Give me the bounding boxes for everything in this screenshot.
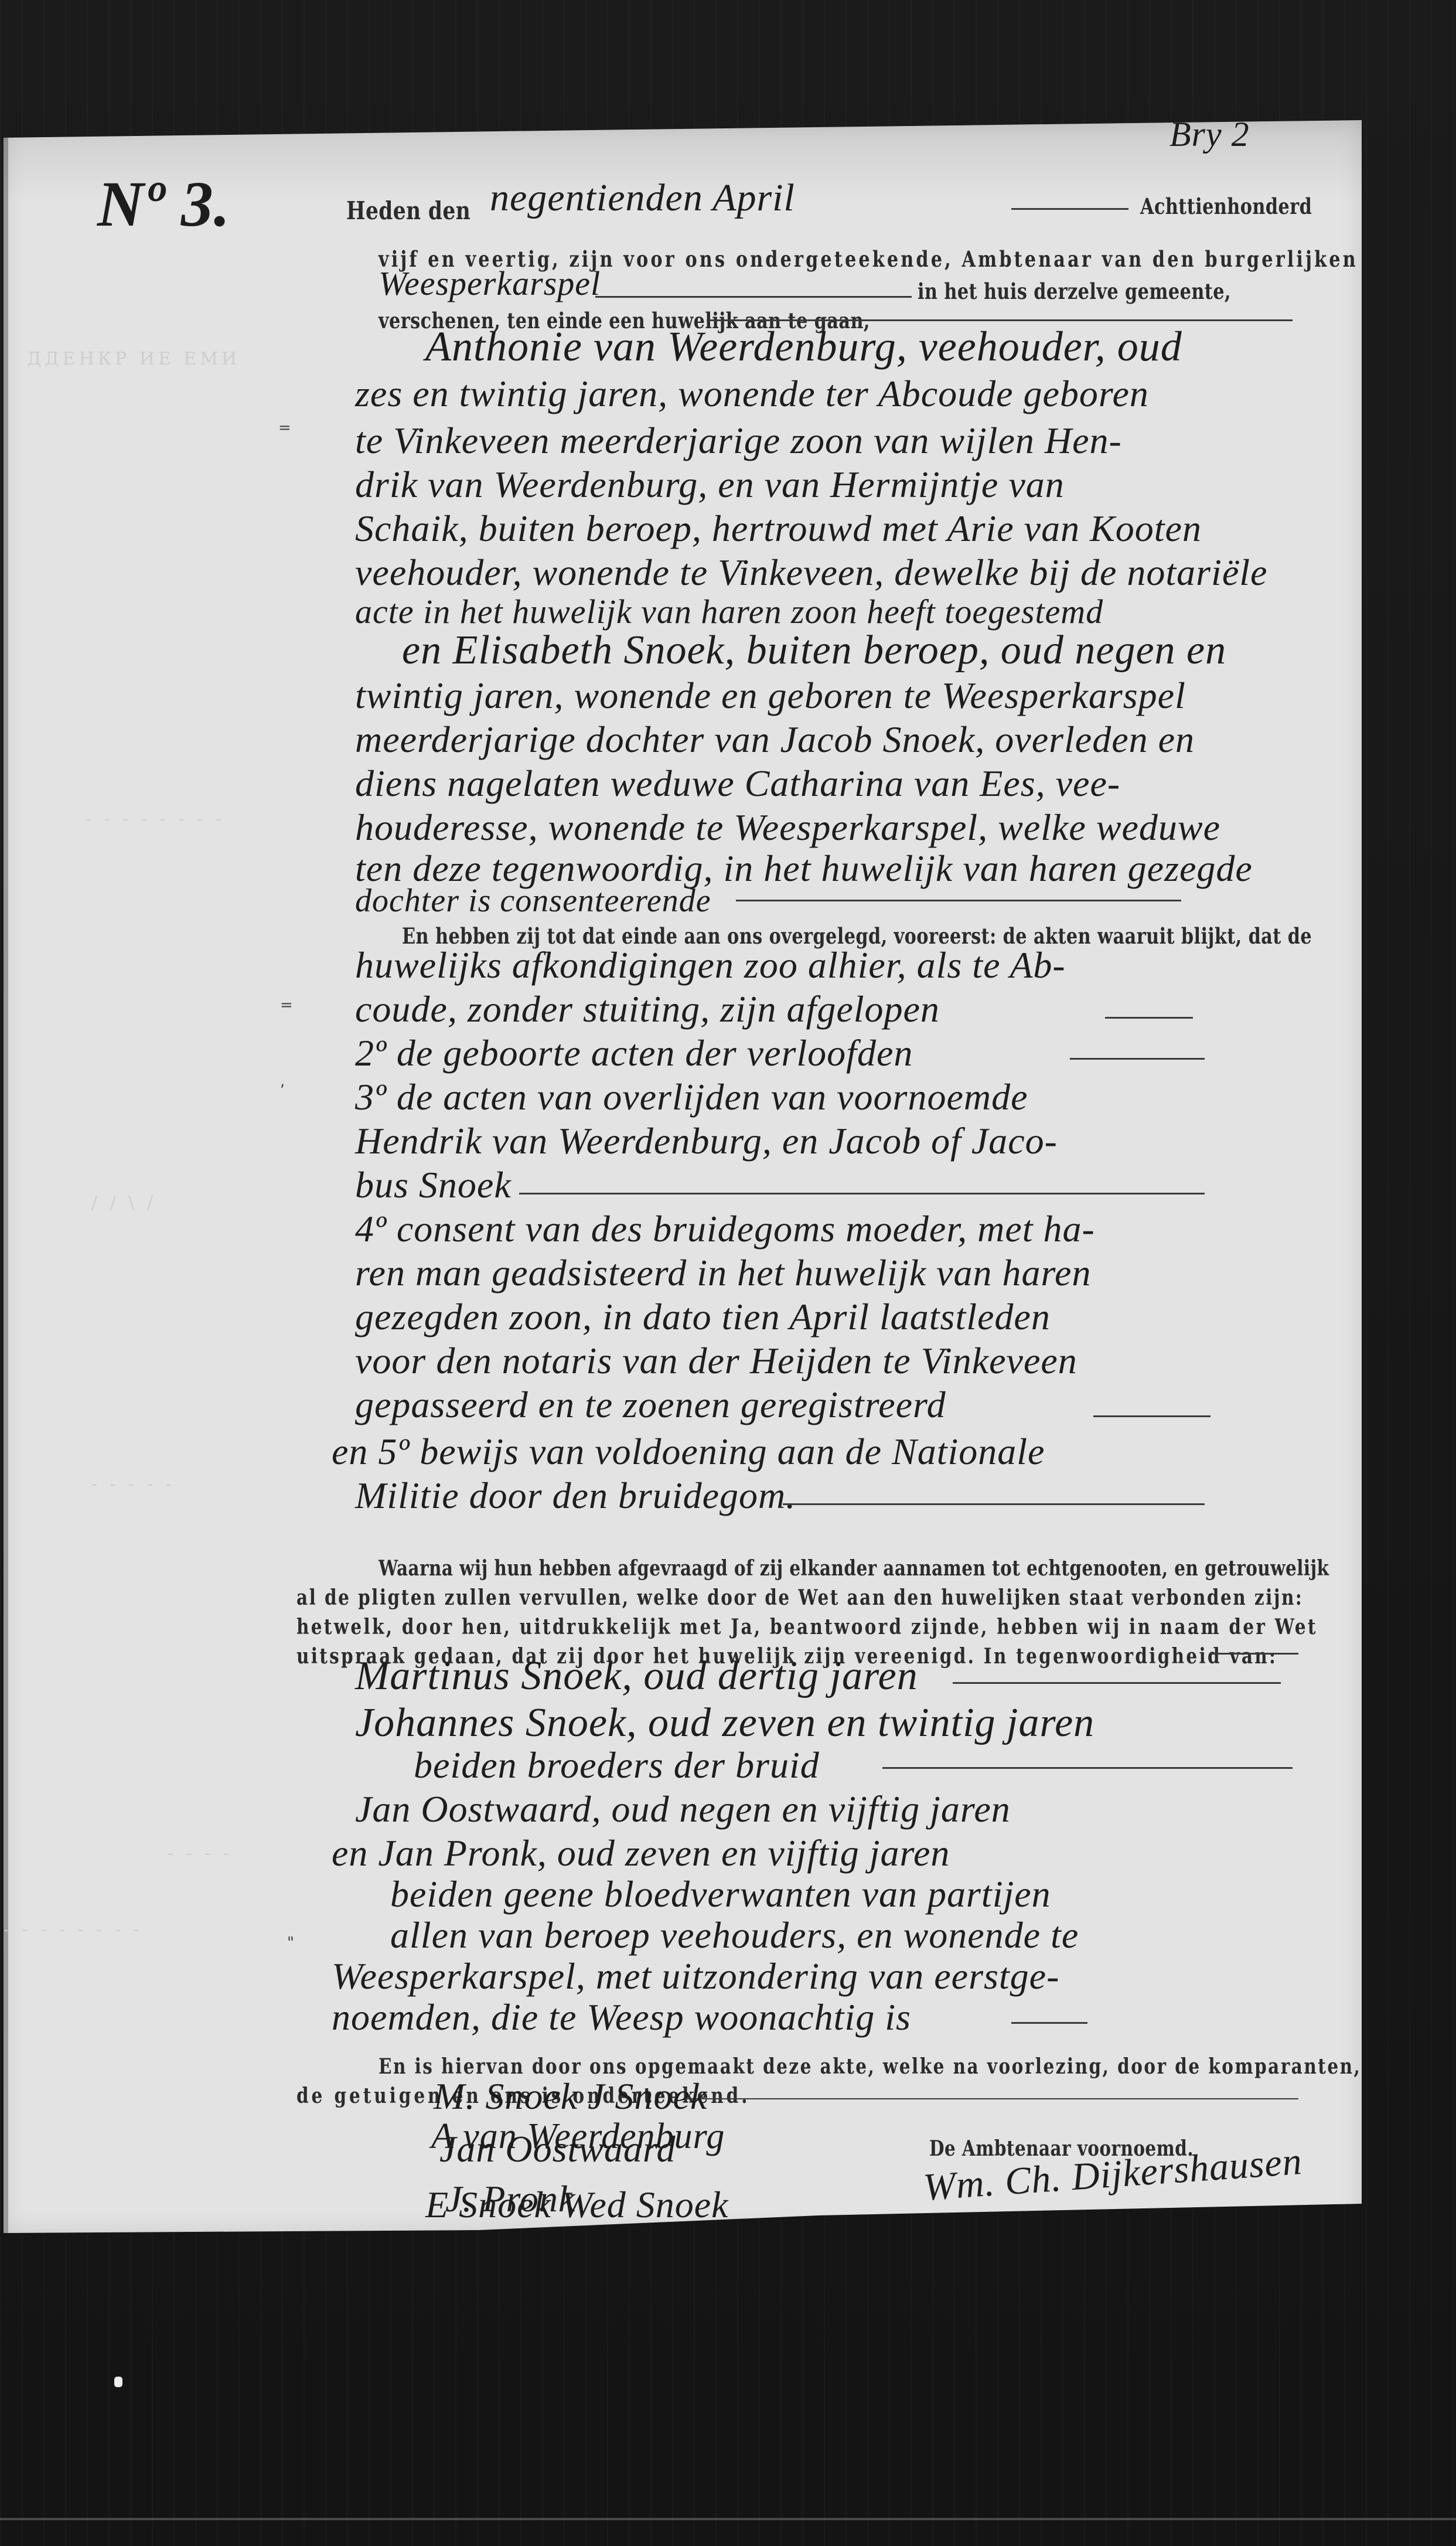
document-line: gepasseerd en te zoenen geregistreerd <box>355 1383 946 1427</box>
witness-line: allen van beroep veehouders, en wonende … <box>390 1914 1079 1957</box>
heden-den-label: Heden den <box>346 196 470 225</box>
party-line: houderesse, wonende te Weesperkarspel, w… <box>355 806 1220 849</box>
year-prefix: Achttienhonderd <box>1140 193 1312 219</box>
fill-rule <box>953 1682 1281 1684</box>
party-line: twintig jaren, wonende en geboren te Wee… <box>355 674 1186 717</box>
document-line: en 5º bewijs van voldoening aan de Natio… <box>332 1430 1045 1473</box>
fill-rule <box>882 1767 1293 1769</box>
document-line: voor den notaris van der Heijden te Vink… <box>355 1339 1077 1383</box>
dust-speck <box>114 2377 122 2387</box>
signature: Jan Oostwaard <box>439 2128 676 2171</box>
document-line: Hendrik van Weerdenburg, en Jacob of Jac… <box>355 1119 1058 1163</box>
margin-mark: = <box>278 419 291 437</box>
document-line: huwelijks afkondigingen zoo alhier, als … <box>355 944 1066 987</box>
fill-rule <box>1011 208 1128 210</box>
fill-rule <box>1211 1653 1298 1655</box>
party-line: zes en twintig jaren, wonende ter Abcoud… <box>355 372 1149 416</box>
witness-line: beiden broeders der bruid <box>414 1744 820 1787</box>
fill-rule <box>1011 2022 1087 2024</box>
signature: J. Pronk <box>445 2177 575 2221</box>
film-edge-line <box>0 2518 1456 2520</box>
document-line: bus Snoek <box>355 1163 512 1207</box>
bleed-through-text: - - - - - <box>91 1474 175 1495</box>
document-line: gezegden zoon, in dato tien April laatst… <box>355 1295 1051 1339</box>
fill-rule <box>736 900 1181 901</box>
party-line: en Elisabeth Snoek, buiten beroep, oud n… <box>402 627 1226 674</box>
margin-mark: = <box>280 996 293 1014</box>
document-line: 4º consent van des bruidegoms moeder, me… <box>355 1207 1095 1251</box>
witness-line: en Jan Pronk, oud zeven en vijftig jaren <box>332 1832 950 1875</box>
fill-rule <box>783 1503 1205 1505</box>
bleed-through-text: ДДЕНКР ИЕ ЕМИ <box>27 349 240 369</box>
party-line: acte in het huwelijk van haren zoon heef… <box>355 592 1103 631</box>
fill-rule <box>595 296 912 298</box>
document-line: coude, zonder stuiting, zijn afgelopen <box>355 988 940 1031</box>
party-line: te Vinkeveen meerderjarige zoon van wijl… <box>355 419 1122 462</box>
page-left-edge <box>4 120 8 2233</box>
document-line: ren man geadsisteerd in het huwelijk van… <box>355 1251 1091 1295</box>
witness-line: Johannes Snoek, oud zeven en twintig jar… <box>355 1700 1094 1747</box>
date-handwritten: negentienden April <box>490 176 795 220</box>
ceremony-line: Waarna wij hun hebben afgevraagd of zij … <box>379 1556 1329 1581</box>
fill-rule <box>683 2098 1298 2099</box>
fill-rule <box>1070 1058 1205 1060</box>
witness-line: Weesperkarspel, met uitzondering van eer… <box>332 1955 1059 1998</box>
bleed-through-text: - - - - - - - - <box>86 809 225 829</box>
signature: M. Snoek J Snoek <box>434 2075 707 2118</box>
fill-rule <box>1105 1017 1193 1019</box>
witness-line: Martinus Snoek, oud dertig jaren <box>355 1653 918 1700</box>
municipality-handwritten: Weesperkarspel <box>379 264 601 303</box>
fill-rule <box>707 319 1293 321</box>
ceremony-line: al de pligten zullen vervullen, welke do… <box>296 1585 1303 1610</box>
document-line: 2º de geboorte acten der verloofden <box>355 1032 913 1075</box>
ceremony-line: hetwelk, door hen, uitdrukkelijk met Ja,… <box>296 1615 1318 1639</box>
party-line: diens nagelaten weduwe Catharina van Ees… <box>355 762 1120 805</box>
party-line: veehouder, wonende te Vinkeveen, dewelke… <box>355 551 1267 594</box>
witness-line: Jan Oostwaard, oud negen en vijftig jare… <box>355 1788 1011 1831</box>
fill-rule <box>1093 1415 1211 1417</box>
bleed-through-text: - - - - <box>168 1843 233 1864</box>
margin-mark: " <box>287 1934 294 1952</box>
fill-rule <box>519 1193 1205 1194</box>
party-line: meerderjarige dochter van Jacob Snoek, o… <box>355 718 1195 761</box>
document-line: 3º de acten van overlijden van voornoemd… <box>355 1075 1028 1119</box>
witness-line: noemden, die te Weesp woonachtig is <box>332 1996 911 2039</box>
document-line: Militie door den bruidegom. <box>355 1474 796 1517</box>
party-line: Schaik, buiten beroep, hertrouwd met Ari… <box>355 507 1202 550</box>
act-number: Nº 3. <box>97 167 230 241</box>
witness-line: beiden geene bloedverwanten van partijen <box>390 1873 1051 1916</box>
document-page: ДДЕНКР ИЕ ЕМИ - - - - - - - - / / \ / - … <box>4 120 1362 2233</box>
header-line-3: in het huis derzelve gemeente, <box>918 278 1231 304</box>
bleed-through-text: / / \ / <box>91 1193 156 1213</box>
bleed-through-text: - - - - - - - - <box>4 1919 143 1940</box>
party-line: dochter is consenteerende <box>355 882 711 920</box>
party-line: Anthonie van Weerdenburg, veehouder, oud <box>425 322 1182 371</box>
margin-mark: , <box>280 1073 285 1090</box>
party-line: drik van Weerdenburg, en van Hermijntje … <box>355 463 1065 506</box>
